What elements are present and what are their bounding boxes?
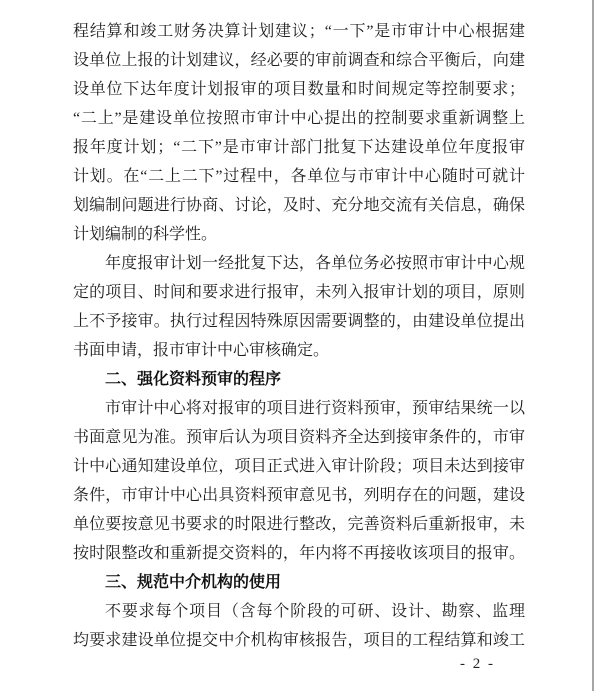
text-line: 上不予接审。执行过程因特殊原因需要调整的，由建设单位提出 (73, 307, 525, 336)
text-line: 均要求建设单位提交中介机构审核报告，项目的工程结算和竣工 (73, 626, 525, 655)
text-line: 单位要按意见书要求的时限进行整改，完善资料后重新报审，未 (73, 510, 525, 539)
section-heading-3: 三、规范中介机构的使用 (73, 568, 525, 597)
document-page: 程结算和竣工财务决算计划建议；“一下”是市审计中心根据建 设单位上报的计划建议，… (0, 0, 595, 691)
text-line: 计划编制的科学性。 (73, 220, 525, 249)
text-line: 市审计中心将对报审的项目进行资料预审，预审结果统一以 (73, 394, 525, 423)
text-line: 程结算和竣工财务决算计划建议；“一下”是市审计中心根据建 (73, 17, 525, 46)
paragraph-intermediary: 不要求每个项目（含每个阶段的可研、设计、勘察、监理等） 均要求建设单位提交中介机… (73, 597, 525, 655)
paragraph-annual-plan: 年度报审计划一经批复下达，各单位务必按照市审计中心规 定的项目、时间和要求进行报… (73, 249, 525, 365)
text-line: 书面意见为准。预审后认为项目资料齐全达到接审条件的，市审 (73, 423, 525, 452)
paragraph-continuation: 程结算和竣工财务决算计划建议；“一下”是市审计中心根据建 设单位上报的计划建议，… (73, 17, 525, 249)
text-line: 报年度计划；“二下”是市审计部门批复下达建设单位年度报审 (73, 133, 525, 162)
page-number: - 2 - (73, 653, 525, 675)
text-line: 按时限整改和重新提交资料的，年内将不再接收该项目的报审。 (73, 539, 525, 568)
text-line: 计划。在“二上二下”过程中，各单位与市审计中心随时可就计 (73, 162, 525, 191)
text-line: 条件，市审计中心出具资料预审意见书，列明存在的问题，建设 (73, 481, 525, 510)
section-heading-2: 二、强化资料预审的程序 (73, 365, 525, 394)
text-line: 年度报审计划一经批复下达，各单位务必按照市审计中心规 (73, 249, 525, 278)
text-line: 书面申请，报市审计中心审核确定。 (73, 336, 525, 365)
document-body: 程结算和竣工财务决算计划建议；“一下”是市审计中心根据建 设单位上报的计划建议，… (73, 17, 525, 655)
paragraph-pre-review: 市审计中心将对报审的项目进行资料预审，预审结果统一以 书面意见为准。预审后认为项… (73, 394, 525, 568)
text-line: 设单位下达年度计划报审的项目数量和时间规定等控制要求； (73, 75, 525, 104)
text-line: 不要求每个项目（含每个阶段的可研、设计、勘察、监理等） (73, 597, 525, 626)
text-line: 计中心通知建设单位，项目正式进入审计阶段；项目未达到接审 (73, 452, 525, 481)
text-line: “二上”是建设单位按照市审计中心提出的控制要求重新调整上 (73, 104, 525, 133)
text-line: 设单位上报的计划建议，经必要的审前调查和综合平衡后，向建 (73, 46, 525, 75)
text-line: 划编制问题进行协商、讨论，及时、充分地交流有关信息，确保 (73, 191, 525, 220)
page-edge-line (592, 0, 594, 691)
text-line: 定的项目、时间和要求进行报审，未列入报审计划的项目，原则 (73, 278, 525, 307)
